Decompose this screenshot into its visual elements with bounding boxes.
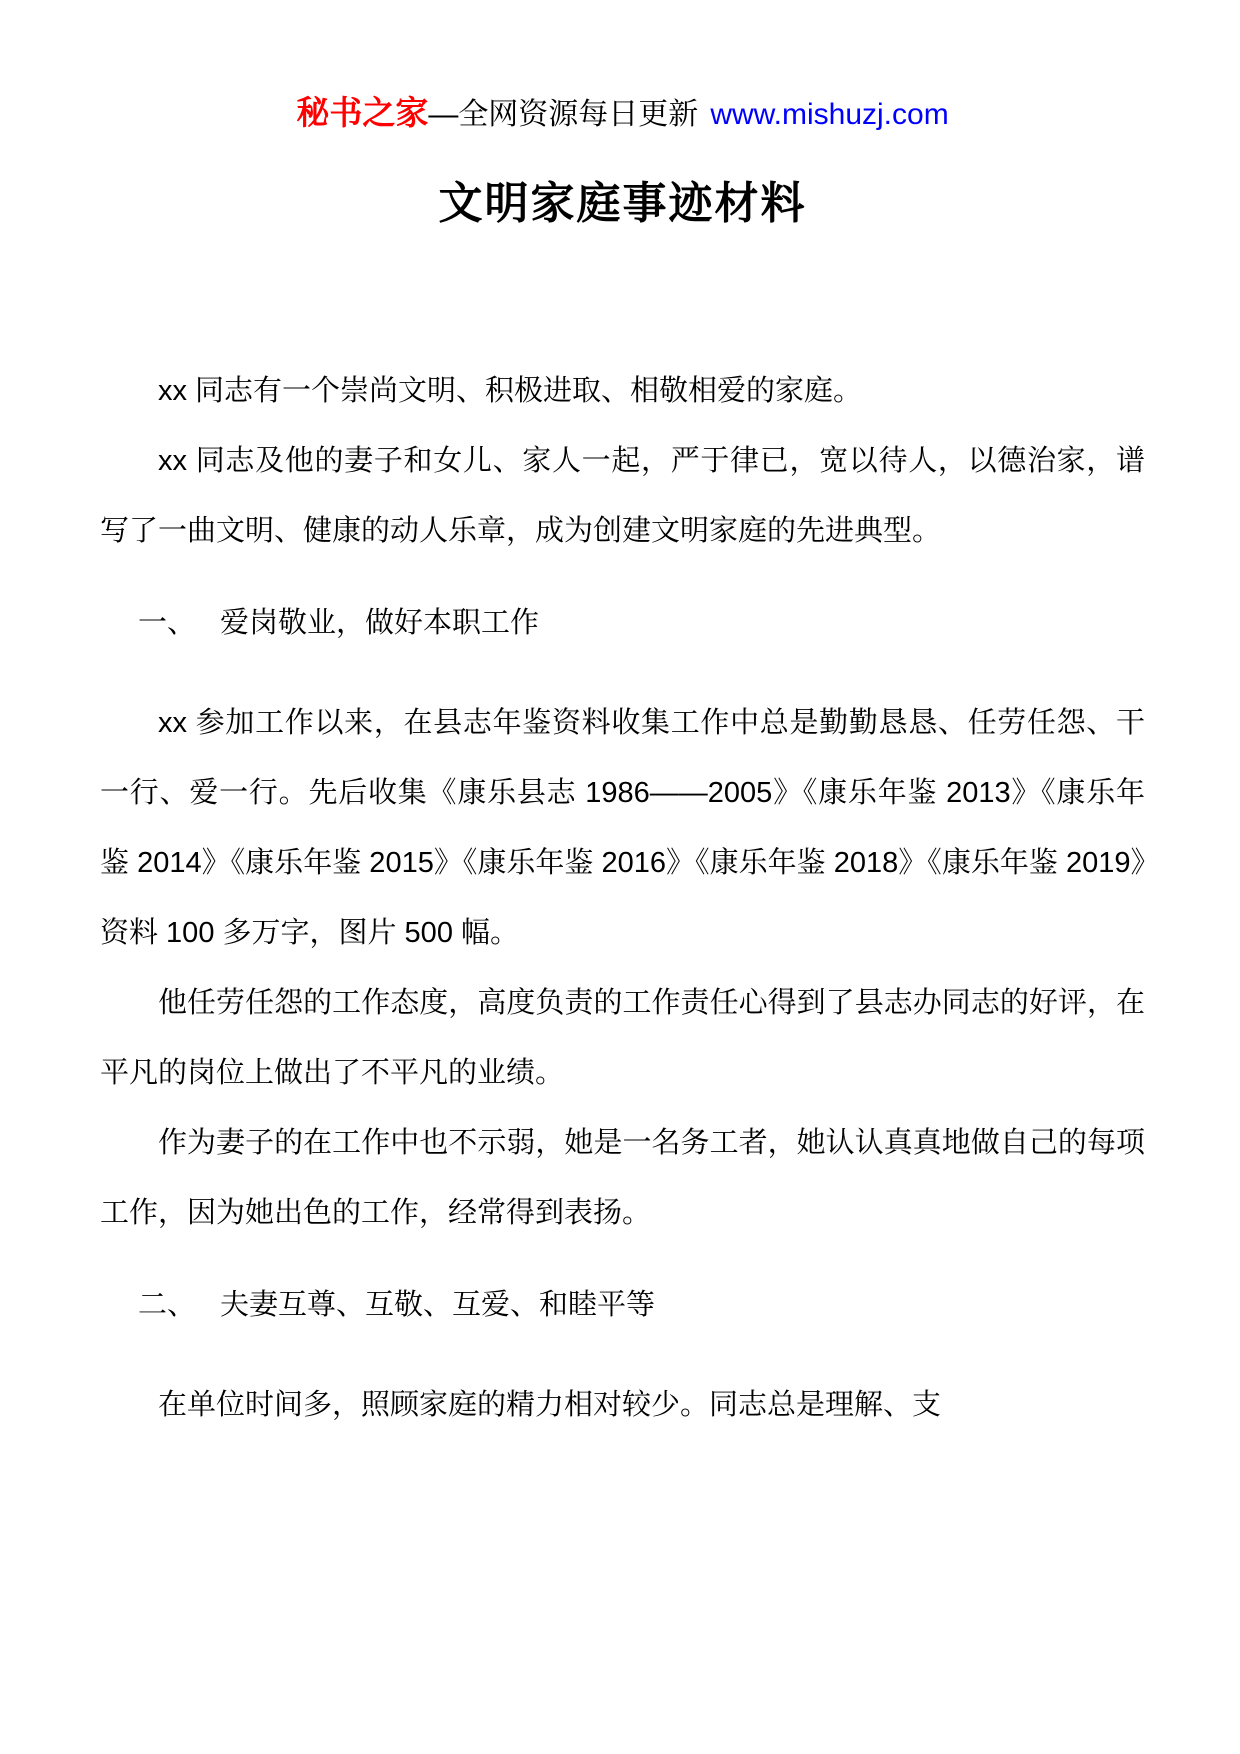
section-heading: 一、爱岗敬业，做好本职工作 xyxy=(100,588,1145,658)
body-paragraph: 在单位时间多，照顾家庭的精力相对较少。同志总是理解、支 xyxy=(100,1370,1145,1440)
header-dash: — xyxy=(428,98,458,131)
body-paragraph: xx 同志有一个崇尚文明、积极进取、相敬相爱的家庭。 xyxy=(100,356,1145,426)
section-number: 二、 xyxy=(138,1289,196,1321)
document-body: xx 同志有一个崇尚文明、积极进取、相敬相爱的家庭。xx 同志及他的妻子和女儿、… xyxy=(100,356,1145,1440)
section-title: 爱岗敬业，做好本职工作 xyxy=(220,607,539,639)
document-page: 秘书之家—全网资源每日更新www.mishuzj.com 文明家庭事迹材料 xx… xyxy=(0,0,1240,1754)
section-number: 一、 xyxy=(138,607,196,639)
header-tagline: 全网资源每日更新 xyxy=(458,98,698,131)
body-paragraph: xx 同志及他的妻子和女儿、家人一起，严于律已，宽以待人，以德治家，谱写了一曲文… xyxy=(100,426,1145,566)
body-paragraph: 他任劳任怨的工作态度，高度负责的工作责任心得到了县志办同志的好评，在平凡的岗位上… xyxy=(100,968,1145,1108)
site-brand: 秘书之家 xyxy=(296,94,428,131)
section-heading: 二、夫妻互尊、互敬、互爱、和睦平等 xyxy=(100,1270,1145,1340)
body-paragraph: 作为妻子的在工作中也不示弱，她是一名务工者，她认认真真地做自己的每项工作，因为她… xyxy=(100,1108,1145,1248)
section-title: 夫妻互尊、互敬、互爱、和睦平等 xyxy=(220,1289,655,1321)
document-title: 文明家庭事迹材料 xyxy=(100,178,1145,230)
body-paragraph: xx 参加工作以来，在县志年鉴资料收集工作中总是勤勤恳恳、任劳任怨、干一行、爱一… xyxy=(100,688,1145,968)
site-url-link[interactable]: www.mishuzj.com xyxy=(710,98,948,131)
page-header: 秘书之家—全网资源每日更新www.mishuzj.com xyxy=(100,92,1145,136)
